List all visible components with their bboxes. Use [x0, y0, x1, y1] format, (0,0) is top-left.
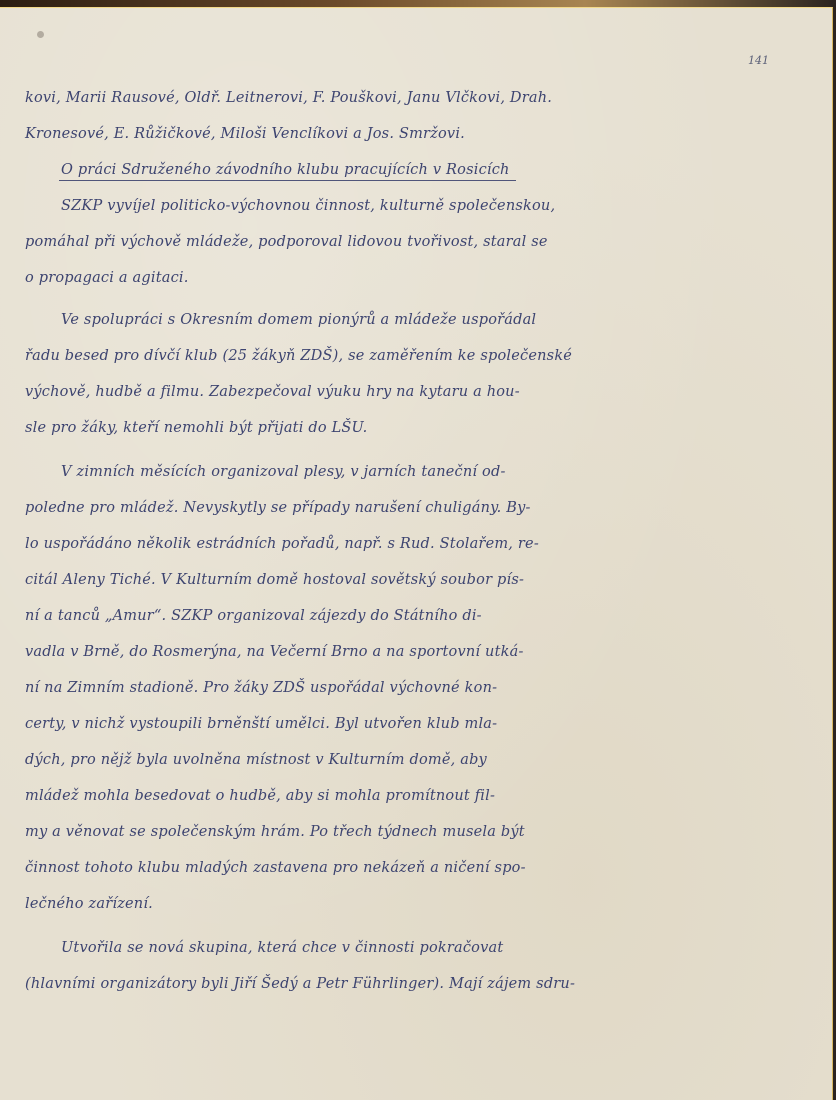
text-line: sle pro žáky, kteří nemohli být přijati …	[25, 410, 795, 446]
handwritten-chronicle-page: 141 kovi, Marii Rausové, Oldř. Leitnerov…	[0, 7, 833, 1100]
handwritten-text-block: kovi, Marii Rausové, Oldř. Leitnerovi, F…	[25, 80, 795, 1002]
paragraph-2: Ve spolupráci s Okresním domem pionýrů a…	[25, 302, 795, 446]
text-line: ní na Zimním stadioně. Pro žáky ZDŠ uspo…	[25, 670, 795, 706]
text-line: o propagaci a agitaci.	[25, 260, 795, 296]
text-line: lo uspořádáno několik estrádních pořadů,…	[25, 526, 795, 562]
section-heading-text: O práci Sdruženého závodního klubu pracu…	[59, 162, 516, 181]
text-line: pomáhal při výchově mládeže, podporoval …	[25, 224, 795, 260]
section-heading: O práci Sdruženého závodního klubu pracu…	[25, 152, 795, 188]
text-line: poledne pro mládež. Nevyskytly se případ…	[25, 490, 795, 526]
paragraph-3: V zimních měsících organizoval plesy, v …	[25, 454, 795, 922]
text-line: Utvořila se nová skupina, která chce v č…	[25, 930, 795, 966]
text-line: vadla v Brně, do Rosmerýna, na Večerní B…	[25, 634, 795, 670]
binding-hole-mark	[37, 31, 44, 38]
text-line: činnost tohoto klubu mladých zastavena p…	[25, 850, 795, 886]
text-line: SZKP vyvíjel politicko-výchovnou činnost…	[25, 188, 795, 224]
paragraph-4: Utvořila se nová skupina, která chce v č…	[25, 930, 795, 1002]
text-line: ní a tanců „Amur“. SZKP organizoval záje…	[25, 598, 795, 634]
text-line: V zimních měsících organizoval plesy, v …	[25, 454, 795, 490]
text-line: Kronesové, E. Růžičkové, Miloši Venclíko…	[25, 116, 795, 152]
text-line: Ve spolupráci s Okresním domem pionýrů a…	[25, 302, 795, 338]
page-number: 141	[748, 54, 769, 67]
text-line: mládež mohla besedovat o hudbě, aby si m…	[25, 778, 795, 814]
text-line: (hlavními organizátory byli Jiří Šedý a …	[25, 966, 795, 1002]
text-line: kovi, Marii Rausové, Oldř. Leitnerovi, F…	[25, 80, 795, 116]
text-line: lečného zařízení.	[25, 886, 795, 922]
paragraph-1: SZKP vyvíjel politicko-výchovnou činnost…	[25, 188, 795, 296]
text-line: my a věnovat se společenským hrám. Po tř…	[25, 814, 795, 850]
text-line: citál Aleny Tiché. V Kulturním domě host…	[25, 562, 795, 598]
text-line: dých, pro nějž byla uvolněna místnost v …	[25, 742, 795, 778]
text-line: certy, v nichž vystoupili brněnští umělc…	[25, 706, 795, 742]
text-line: výchově, hudbě a filmu. Zabezpečoval výu…	[25, 374, 795, 410]
text-line: řadu besed pro dívčí klub (25 žákyň ZDŠ)…	[25, 338, 795, 374]
